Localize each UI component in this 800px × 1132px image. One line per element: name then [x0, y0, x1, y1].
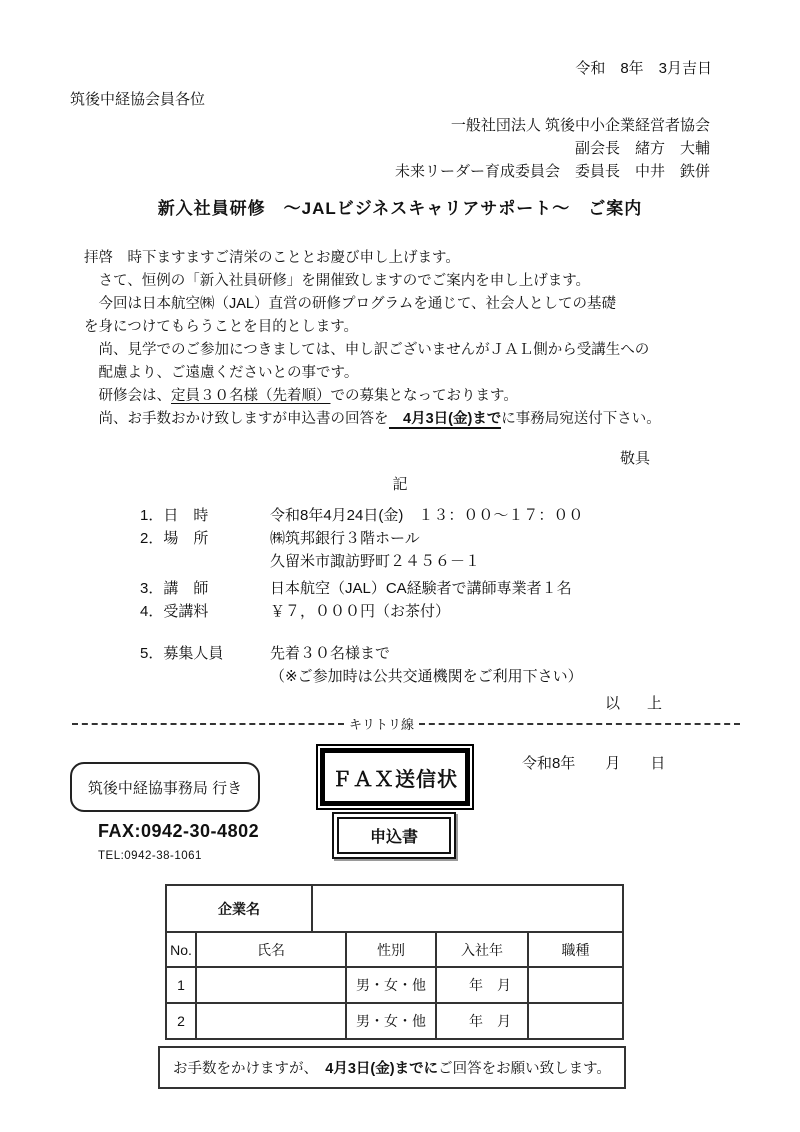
fax-number: FAX:0942-30-4802 — [98, 821, 259, 842]
deadline-emphasis: 4月3日(金)まで — [389, 411, 502, 429]
detail-label: 2．場 所 — [140, 527, 270, 550]
column-header-join-year: 入社年 — [435, 933, 527, 966]
column-header-gender: 性別 — [345, 933, 435, 966]
company-row: 企業名 — [167, 886, 622, 931]
table-row: 1 男・女・他 年 月 — [167, 966, 622, 1002]
name-field — [195, 1004, 345, 1038]
detail-label: 1．日 時 — [140, 504, 270, 527]
text-segment: ご回答をお願い致します。 — [438, 1061, 611, 1077]
reply-deadline-note: お手数をかけますが、 4月3日(金)までにご回答をお願い致します。 — [158, 1046, 626, 1089]
table-header-row: No. 氏名 性別 入社年 職種 — [167, 931, 622, 966]
company-name-label: 企業名 — [167, 886, 313, 931]
cut-line-label: キリトリ線 — [349, 714, 414, 733]
deadline-emphasis: 4月3日(金)までに — [325, 1061, 438, 1077]
detail-value: 先着３０名様まで — [270, 642, 390, 665]
column-header-job-type: 職種 — [527, 933, 622, 966]
application-form-title: 申込書 — [337, 817, 451, 854]
cut-line-dashes-left — [72, 723, 344, 725]
ki-marker: 記 — [0, 473, 800, 494]
detail-item-place: 2．場 所 ㈱筑邦銀行３階ホール — [140, 527, 583, 550]
name-field — [195, 968, 345, 1002]
sender-committee-chair: 未来リーダー育成委員会 委員長 中井 鉄併 — [395, 160, 710, 183]
document-title: 新入社員研修 ～JALビジネスキャリアサポート～ ご案内 — [0, 194, 800, 219]
sender-vice-chairman: 副会長 緒方 大輔 — [395, 137, 710, 160]
join-year-field: 年 月 — [435, 968, 527, 1002]
row-number: 1 — [167, 968, 195, 1002]
detail-label: 4．受講料 — [140, 600, 270, 623]
fax-addressee-box: 筑後中経協事務局 行き — [70, 762, 260, 812]
join-year-field: 年 月 — [435, 1004, 527, 1038]
cut-line-dashes-right — [419, 723, 740, 725]
detail-item-lecturer: 3．講 師 日本航空（JAL）CA経験者で講師専業者１名 — [140, 577, 583, 600]
fax-document-page: 令和 8年 3月吉日 筑後中経協会員各位 一般社団法人 筑後中小企業経営者協会 … — [0, 0, 800, 1132]
detail-value: 令和8年4月24日(金) １３：００～１７：００ — [270, 504, 583, 527]
job-type-field — [527, 1004, 622, 1038]
body-line-capacity: 研修会は、定員３０名様（先着順）での募集となっております。 — [84, 385, 732, 408]
body-line: を身につけてもらうことを目的とします。 — [84, 316, 732, 339]
application-table: 企業名 No. 氏名 性別 入社年 職種 1 男・女・他 年 月 2 男・女・他… — [165, 884, 624, 1040]
body-line: 拝啓 時下ますますご清栄のこととお慶び申し上げます。 — [84, 247, 732, 270]
text-segment: での募集となっております。 — [331, 388, 518, 404]
text-segment: 尚、お手数おかけ致しますが申込書の回答を — [84, 411, 389, 427]
detail-value: ㈱筑邦銀行３階ホール — [270, 527, 420, 550]
company-name-field — [313, 886, 622, 931]
detail-item-capacity: 5．募集人員 先着３０名様まで — [140, 642, 583, 665]
detail-label: 3．講 師 — [140, 577, 270, 600]
fax-cover-title-box: ＦＡＸ送信状 — [320, 748, 470, 806]
detail-item-fee: 4．受講料 ￥７，０００円（お茶付） — [140, 600, 583, 623]
underlined-capacity: 定員３０名様（先着順） — [171, 388, 331, 404]
body-line: さて、恒例の「新入社員研修」を開催致しますのでご案内を申し上げます。 — [84, 270, 732, 293]
application-form-title-box: 申込書 — [332, 812, 456, 859]
detail-place-address: 久留米市諏訪野町２４５６－１ — [270, 550, 583, 573]
job-type-field — [527, 968, 622, 1002]
detail-label: 5．募集人員 — [140, 642, 270, 665]
sender-block: 一般社団法人 筑後中小企業経営者協会 副会長 緒方 大輔 未来リーダー育成委員会… — [395, 114, 710, 183]
gender-options: 男・女・他 — [345, 968, 435, 1002]
text-segment: に事務局宛送付下さい。 — [501, 411, 661, 427]
closing-ijou: 以 上 — [605, 692, 668, 713]
tel-number: TEL:0942-38-1061 — [98, 850, 202, 862]
recipient-line: 筑後中経協会員各位 — [70, 88, 205, 109]
detail-capacity-note: （※ご参加時は公共交通機関をご利用下さい） — [270, 665, 583, 688]
text-segment: お手数をかけますが、 — [173, 1061, 325, 1077]
text-segment: 研修会は、 — [84, 388, 171, 404]
detail-value: 日本航空（JAL）CA経験者で講師専業者１名 — [270, 577, 572, 600]
gender-options: 男・女・他 — [345, 1004, 435, 1038]
cut-line: キリトリ線 — [72, 714, 740, 733]
fax-date-line: 令和8年 月 日 — [522, 752, 665, 773]
document-date: 令和 8年 3月吉日 — [575, 57, 712, 78]
closing-keigu: 敬具 — [620, 447, 650, 468]
detail-item-datetime: 1．日 時 令和8年4月24日(金) １３：００～１７：００ — [140, 504, 583, 527]
row-number: 2 — [167, 1004, 195, 1038]
body-line-deadline: 尚、お手数おかけ致しますが申込書の回答を 4月3日(金)までに事務局宛送付下さい… — [84, 408, 732, 431]
table-row: 2 男・女・他 年 月 — [167, 1002, 622, 1038]
event-details-list: 1．日 時 令和8年4月24日(金) １３：００～１７：００ 2．場 所 ㈱筑邦… — [140, 504, 583, 688]
column-header-name: 氏名 — [195, 933, 345, 966]
body-line: 配慮より、ご遠慮くださいとの事です。 — [84, 362, 732, 385]
detail-value: ￥７，０００円（お茶付） — [270, 600, 450, 623]
body-line: 今回は日本航空㈱（JAL）直営の研修プログラムを通じて、社会人としての基礎 — [84, 293, 732, 316]
sender-org: 一般社団法人 筑後中小企業経営者協会 — [395, 114, 710, 137]
body-line: 尚、見学でのご参加につきましては、申し訳ございませんがＪＡＬ側から受講生への — [84, 339, 732, 362]
letter-body: 拝啓 時下ますますご清栄のこととお慶び申し上げます。 さて、恒例の「新入社員研修… — [84, 247, 732, 431]
column-header-no: No. — [167, 933, 195, 966]
